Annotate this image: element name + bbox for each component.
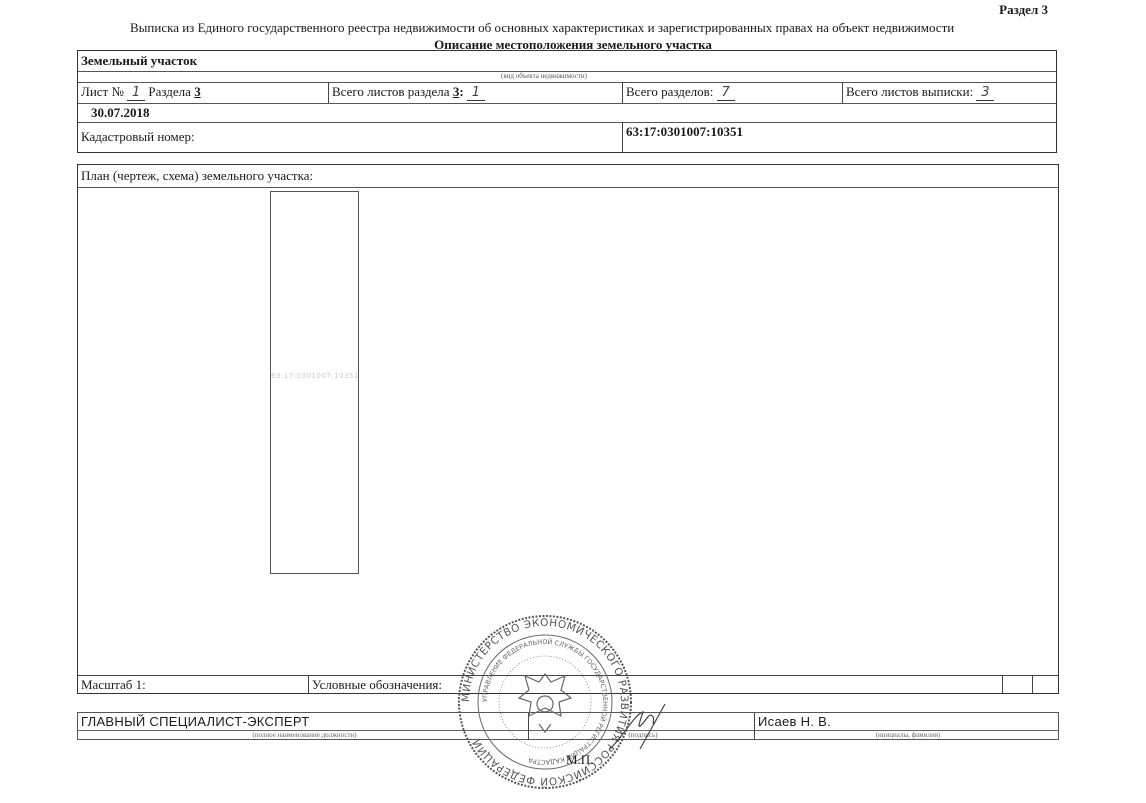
info-table: Земельный участок (вид объекта недвижимо… bbox=[77, 50, 1057, 153]
total-extract-sheets-label: Всего листов выписки: bbox=[846, 84, 973, 99]
date-row: 30.07.2018 bbox=[78, 103, 1056, 123]
total-section-sheets-label: Всего листов раздела bbox=[332, 84, 450, 99]
object-type-row: Земельный участок bbox=[78, 51, 1056, 72]
parcel-outline: 63:17:0301007:10351 bbox=[270, 191, 359, 574]
total-sections-label: Всего разделов: bbox=[626, 84, 713, 99]
object-type: Земельный участок bbox=[78, 51, 1056, 71]
total-section-sheets-value: 1 bbox=[467, 86, 485, 101]
legend-box-2 bbox=[1032, 676, 1058, 693]
total-sections-cell: Всего разделов: 7 bbox=[622, 82, 842, 103]
cadastral-row: Кадастровый номер: 63:17:0301007:10351 bbox=[78, 122, 1056, 152]
sheets-row: Лист № 1 Раздела 3 Всего листов раздела … bbox=[78, 82, 1056, 104]
document-title: Выписка из Единого государственного реес… bbox=[130, 20, 1010, 36]
sheet-label: Лист № bbox=[81, 84, 124, 99]
section-label: Раздел 3 bbox=[999, 2, 1048, 18]
sheet-number-cell: Лист № 1 Раздела 3 bbox=[78, 82, 328, 103]
parcel-label: 63:17:0301007:10351 bbox=[271, 372, 358, 380]
of-section-label: Раздела bbox=[148, 84, 191, 99]
scale-label: Масштаб 1: bbox=[78, 676, 308, 693]
sheet-value: 1 bbox=[127, 86, 145, 101]
cadastral-label: Кадастровый номер: bbox=[78, 122, 622, 152]
signature-scribble-icon bbox=[605, 704, 705, 754]
total-extract-sheets-value: 3 bbox=[976, 86, 994, 101]
total-extract-sheets-cell: Всего листов выписки: 3 bbox=[842, 82, 1056, 103]
stamp-seal-icon: МИНИСТЕРСТВО ЭКОНОМИЧЕСКОГО РАЗВИТИЯ РОС… bbox=[455, 612, 635, 792]
extract-date: 30.07.2018 bbox=[88, 103, 1056, 122]
official-stamp: МИНИСТЕРСТВО ЭКОНОМИЧЕСКОГО РАЗВИТИЯ РОС… bbox=[455, 612, 635, 792]
plan-title: План (чертеж, схема) земельного участка: bbox=[78, 165, 1058, 188]
official-name: Исаев Н. В. bbox=[754, 713, 1058, 730]
legend-box-1 bbox=[1002, 676, 1032, 693]
total-sections-value: 7 bbox=[717, 86, 735, 101]
name-hint: (инициалы, фамилия) bbox=[754, 730, 1058, 740]
total-section-sheets-cell: Всего листов раздела 3: 1 bbox=[328, 82, 622, 103]
seal-label: М.П. bbox=[566, 752, 593, 768]
cadastral-number: 63:17:0301007:10351 bbox=[622, 122, 1056, 152]
legend-label: Условные обозначения: bbox=[308, 676, 1002, 693]
of-section-value: 3 bbox=[194, 84, 201, 99]
object-type-hint: (вид объекта недвижимости) bbox=[498, 71, 628, 82]
plan-drawing-area: 63:17:0301007:10351 bbox=[80, 189, 1056, 675]
